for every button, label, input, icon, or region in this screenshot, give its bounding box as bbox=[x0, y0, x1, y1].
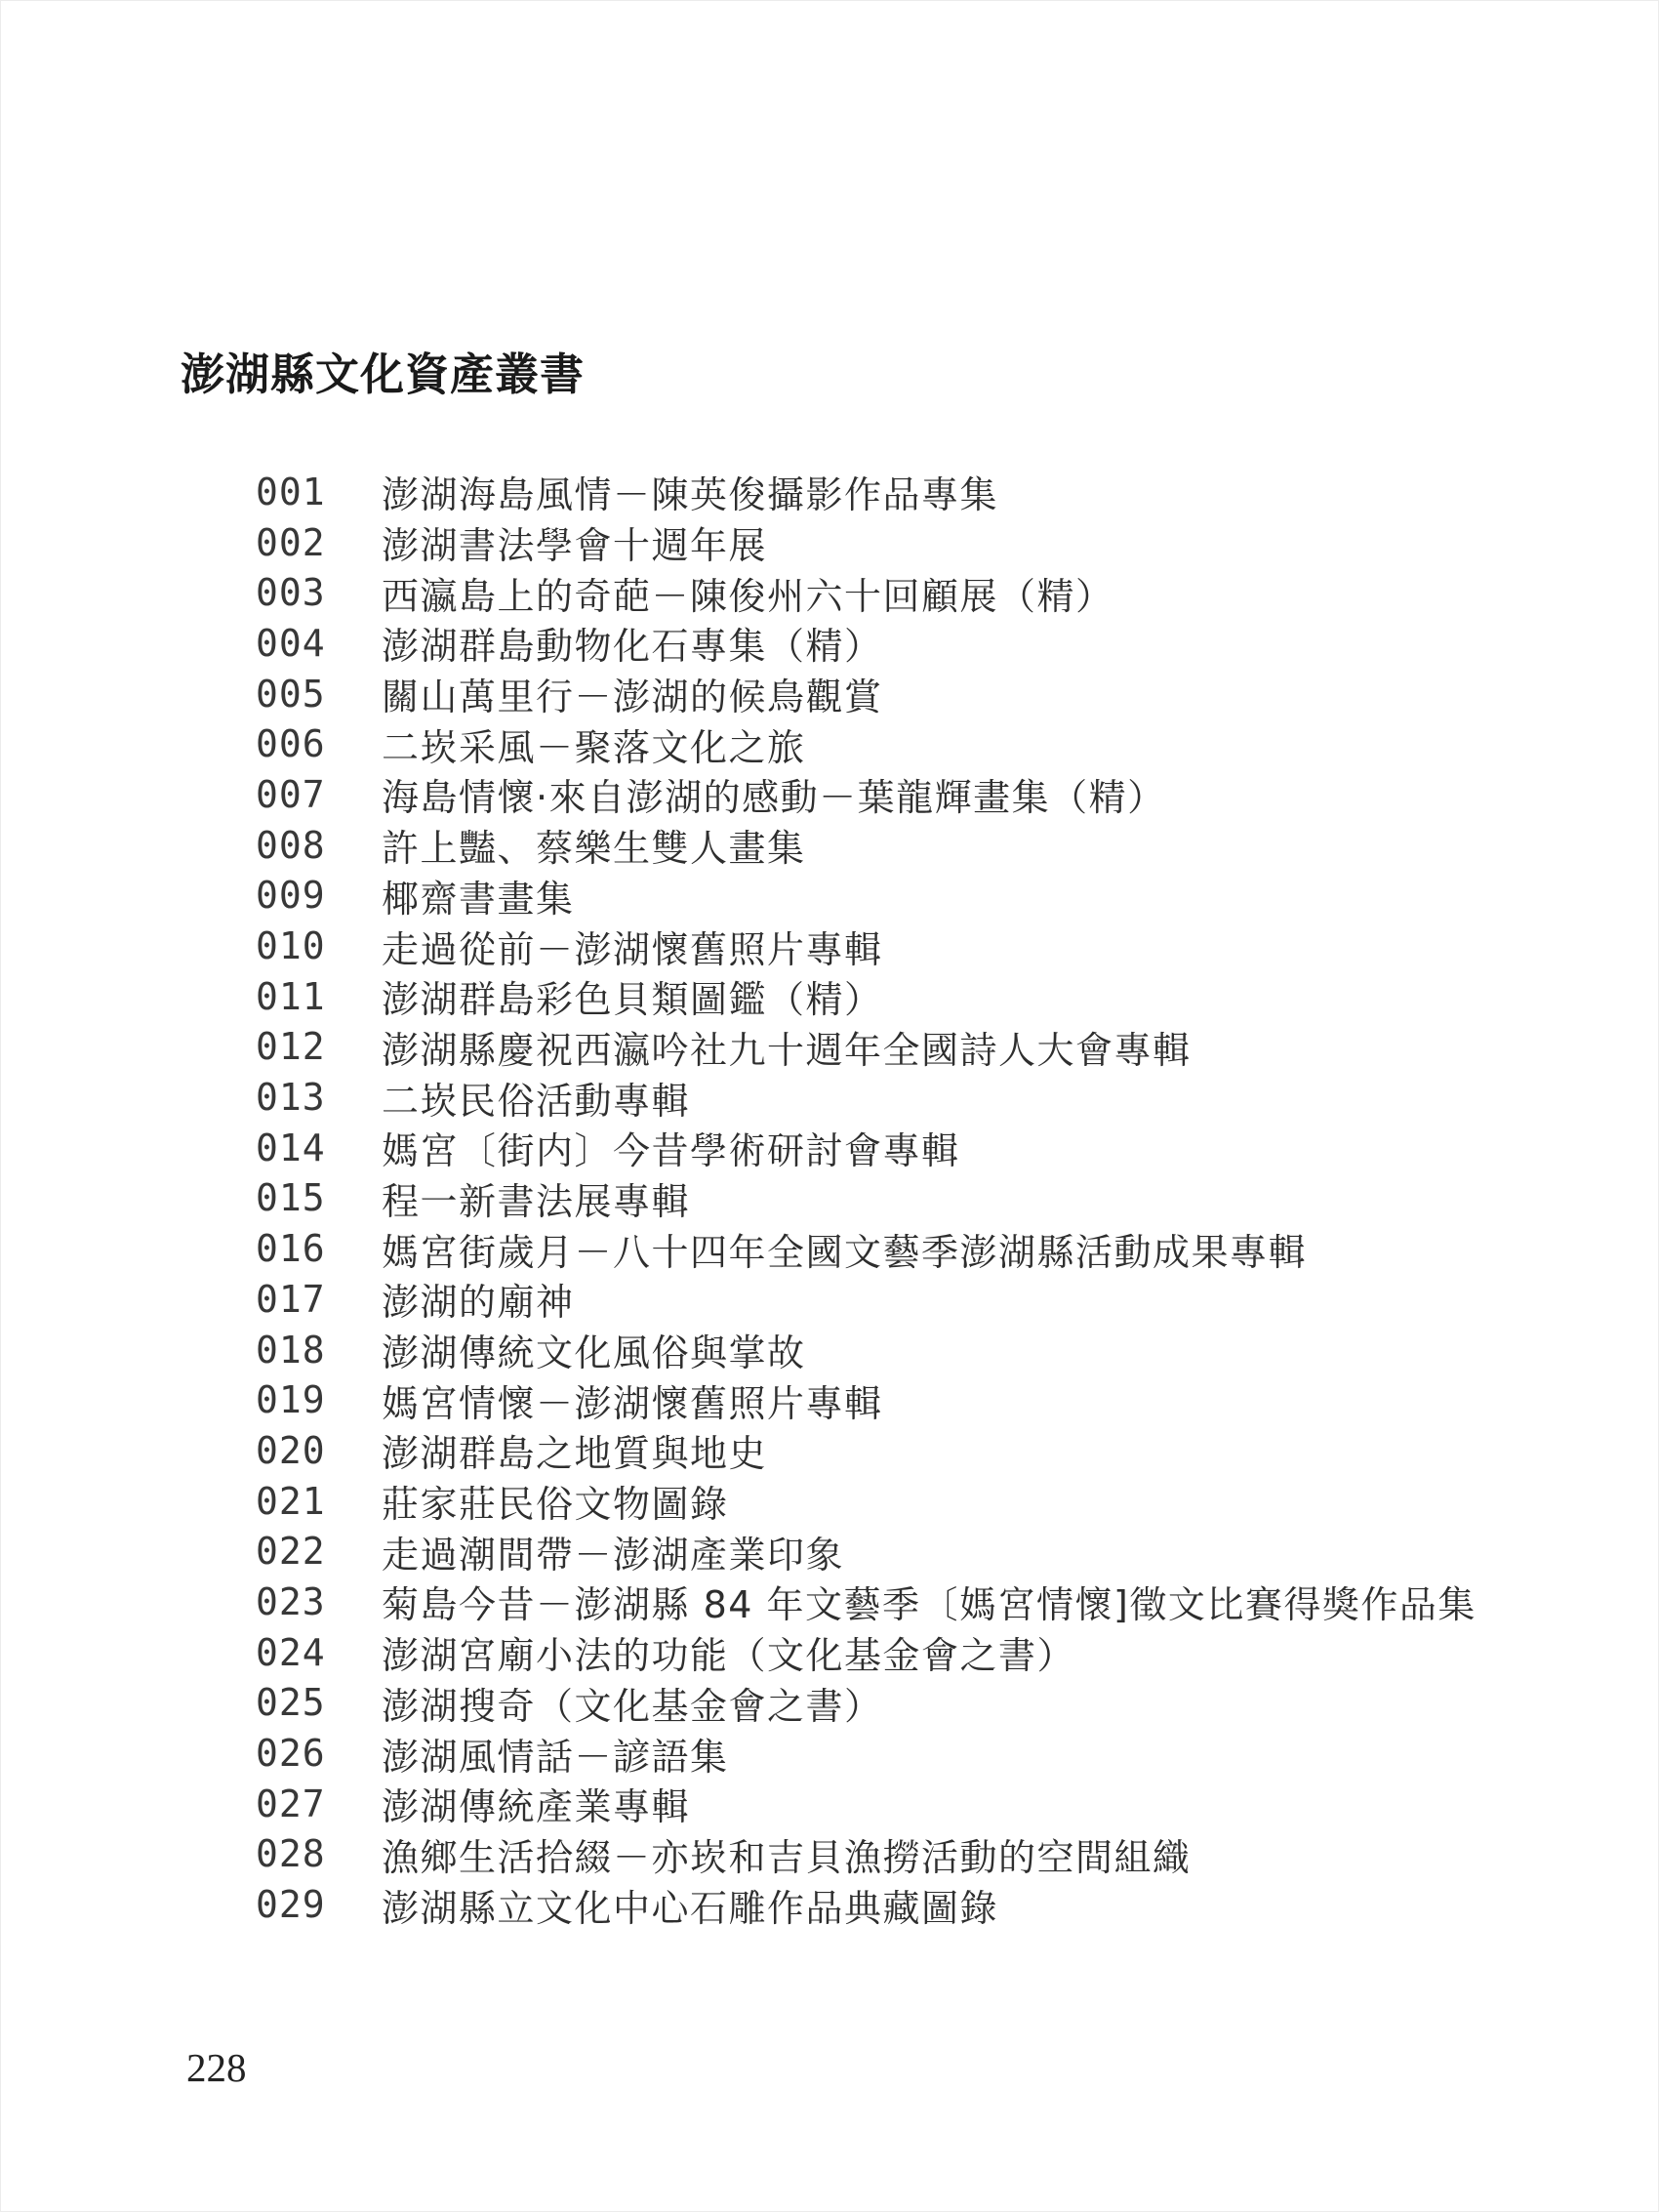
entry-number: 010 bbox=[256, 924, 382, 967]
list-item: 023菊島今昔－澎湖縣 84 年文藝季〔媽宮情懷]徵文比賽得獎作品集 bbox=[256, 1577, 1477, 1627]
list-item: 015程一新書法展專輯 bbox=[256, 1173, 1477, 1224]
list-item: 027澎湖傳統產業專輯 bbox=[256, 1779, 1477, 1829]
list-item: 020澎湖群島之地質與地史 bbox=[256, 1425, 1477, 1476]
entry-title: 走過潮間帶－澎湖產業印象 bbox=[382, 1525, 844, 1578]
list-item: 017澎湖的廟神 bbox=[256, 1274, 1477, 1325]
entry-number: 002 bbox=[256, 521, 382, 564]
list-item: 011澎湖群島彩色貝類圖鑑（精） bbox=[256, 971, 1477, 1022]
list-item: 004澎湖群島動物化石專集（精） bbox=[256, 618, 1477, 669]
entry-title: 澎湖宮廟小法的功能（文化基金會之書） bbox=[382, 1625, 1075, 1679]
entry-title: 澎湖群島彩色貝類圖鑑（精） bbox=[382, 969, 883, 1023]
list-item: 028漁鄉生活拾綴－亦崁和吉貝漁撈活動的空間組織 bbox=[256, 1829, 1477, 1880]
entry-title: 椰齋書畫集 bbox=[382, 869, 575, 922]
list-item: 001澎湖海島風情－陳英俊攝影作品專集 bbox=[256, 467, 1477, 517]
entry-number: 024 bbox=[256, 1631, 382, 1674]
entry-title: 媽宮情懷－澎湖懷舊照片專輯 bbox=[382, 1373, 883, 1427]
entry-number: 007 bbox=[256, 773, 382, 816]
list-item: 016媽宮街歲月－八十四年全國文藝季澎湖縣活動成果專輯 bbox=[256, 1223, 1477, 1274]
entry-title: 澎湖傳統產業專輯 bbox=[382, 1777, 690, 1830]
list-item: 009椰齋書畫集 bbox=[256, 871, 1477, 922]
list-item: 005關山萬里行－澎湖的候鳥觀賞 bbox=[256, 669, 1477, 719]
entry-title: 漁鄉生活拾綴－亦崁和吉貝漁撈活動的空間組織 bbox=[382, 1827, 1192, 1881]
entry-number: 005 bbox=[256, 673, 382, 716]
entry-number: 027 bbox=[256, 1782, 382, 1825]
entry-title: 二崁民俗活動專輯 bbox=[382, 1071, 690, 1125]
entry-title: 澎湖海島風情－陳英俊攝影作品專集 bbox=[382, 465, 998, 518]
entry-number: 014 bbox=[256, 1126, 382, 1169]
list-item: 022走過潮間帶－澎湖產業印象 bbox=[256, 1526, 1477, 1577]
entry-title: 關山萬里行－澎湖的候鳥觀賞 bbox=[382, 667, 883, 720]
entry-number: 011 bbox=[256, 975, 382, 1018]
list-item: 008許上豔、蔡樂生雙人畫集 bbox=[256, 820, 1477, 871]
entry-number: 001 bbox=[256, 471, 382, 513]
list-item: 024澎湖宮廟小法的功能（文化基金會之書） bbox=[256, 1627, 1477, 1678]
entry-number: 003 bbox=[256, 571, 382, 614]
page-number: 228 bbox=[186, 2044, 247, 2091]
entry-title: 菊島今昔－澎湖縣 84 年文藝季〔媽宮情懷]徵文比賽得獎作品集 bbox=[382, 1575, 1477, 1628]
entry-title: 澎湖風情話－諺語集 bbox=[382, 1727, 729, 1781]
entry-number: 026 bbox=[256, 1732, 382, 1775]
entry-title: 澎湖群島之地質與地史 bbox=[382, 1423, 767, 1477]
entry-title: 澎湖縣慶祝西瀛吟社九十週年全國詩人大會專輯 bbox=[382, 1020, 1192, 1074]
entry-number: 028 bbox=[256, 1832, 382, 1875]
entry-number: 019 bbox=[256, 1378, 382, 1421]
list-item: 007海島情懷·來自澎湖的感動－葉龍輝畫集（精） bbox=[256, 769, 1477, 820]
entry-number: 006 bbox=[256, 722, 382, 765]
entry-title: 澎湖傳統文化風俗與掌故 bbox=[382, 1323, 806, 1376]
list-item: 019媽宮情懷－澎湖懷舊照片專輯 bbox=[256, 1374, 1477, 1425]
list-item: 006二崁采風－聚落文化之旅 bbox=[256, 718, 1477, 769]
list-item: 003西瀛島上的奇葩－陳俊州六十回顧展（精） bbox=[256, 567, 1477, 618]
list-item: 010走過從前－澎湖懷舊照片專輯 bbox=[256, 921, 1477, 971]
entry-number: 023 bbox=[256, 1580, 382, 1623]
entry-number: 009 bbox=[256, 874, 382, 917]
entry-number: 017 bbox=[256, 1278, 382, 1321]
entry-number: 020 bbox=[256, 1429, 382, 1472]
entry-title: 媽宮街歲月－八十四年全國文藝季澎湖縣活動成果專輯 bbox=[382, 1222, 1307, 1276]
entry-number: 018 bbox=[256, 1329, 382, 1372]
entry-number: 012 bbox=[256, 1025, 382, 1068]
entry-number: 015 bbox=[256, 1176, 382, 1219]
entry-title: 海島情懷·來自澎湖的感動－葉龍輝畫集（精） bbox=[382, 767, 1166, 821]
entry-number: 029 bbox=[256, 1883, 382, 1926]
entry-title: 走過從前－澎湖懷舊照片專輯 bbox=[382, 920, 883, 973]
list-item: 014媽宮〔街内〕今昔學術研討會專輯 bbox=[256, 1123, 1477, 1173]
entry-title: 媽宮〔街内〕今昔學術研討會專輯 bbox=[382, 1121, 960, 1174]
list-item: 018澎湖傳統文化風俗與掌故 bbox=[256, 1325, 1477, 1375]
page-title: 澎湖縣文化資產叢書 bbox=[181, 339, 585, 402]
list-item: 012澎湖縣慶祝西瀛吟社九十週年全國詩人大會專輯 bbox=[256, 1022, 1477, 1073]
entry-title: 澎湖書法學會十週年展 bbox=[382, 515, 767, 569]
entry-number: 025 bbox=[256, 1681, 382, 1724]
entry-title: 程一新書法展專輯 bbox=[382, 1171, 690, 1225]
entry-title: 西瀛島上的奇葩－陳俊州六十回顧展（精） bbox=[382, 566, 1114, 620]
entry-title: 澎湖群島動物化石專集（精） bbox=[382, 616, 883, 670]
list-item: 026澎湖風情話－諺語集 bbox=[256, 1728, 1477, 1779]
list-item: 029澎湖縣立文化中心石雕作品典藏圖錄 bbox=[256, 1879, 1477, 1930]
entry-title: 許上豔、蔡樂生雙人畫集 bbox=[382, 818, 806, 872]
list-item: 025澎湖搜奇（文化基金會之書） bbox=[256, 1678, 1477, 1729]
list-item: 013二崁民俗活動專輯 bbox=[256, 1072, 1477, 1123]
series-list: 001澎湖海島風情－陳英俊攝影作品專集002澎湖書法學會十週年展003西瀛島上的… bbox=[256, 467, 1477, 1930]
entry-number: 016 bbox=[256, 1227, 382, 1270]
entry-number: 022 bbox=[256, 1530, 382, 1573]
entry-title: 二崁采風－聚落文化之旅 bbox=[382, 717, 806, 771]
entry-title: 莊家莊民俗文物圖錄 bbox=[382, 1474, 729, 1528]
entry-title: 澎湖搜奇（文化基金會之書） bbox=[382, 1676, 883, 1730]
list-item: 002澎湖書法學會十週年展 bbox=[256, 517, 1477, 568]
entry-number: 021 bbox=[256, 1480, 382, 1523]
entry-title: 澎湖縣立文化中心石雕作品典藏圖錄 bbox=[382, 1878, 998, 1932]
list-item: 021莊家莊民俗文物圖錄 bbox=[256, 1476, 1477, 1527]
entry-number: 013 bbox=[256, 1076, 382, 1119]
entry-title: 澎湖的廟神 bbox=[382, 1272, 575, 1326]
entry-number: 004 bbox=[256, 622, 382, 665]
book-page: 澎湖縣文化資產叢書 001澎湖海島風情－陳英俊攝影作品專集002澎湖書法學會十週… bbox=[0, 0, 1659, 2212]
entry-number: 008 bbox=[256, 824, 382, 867]
